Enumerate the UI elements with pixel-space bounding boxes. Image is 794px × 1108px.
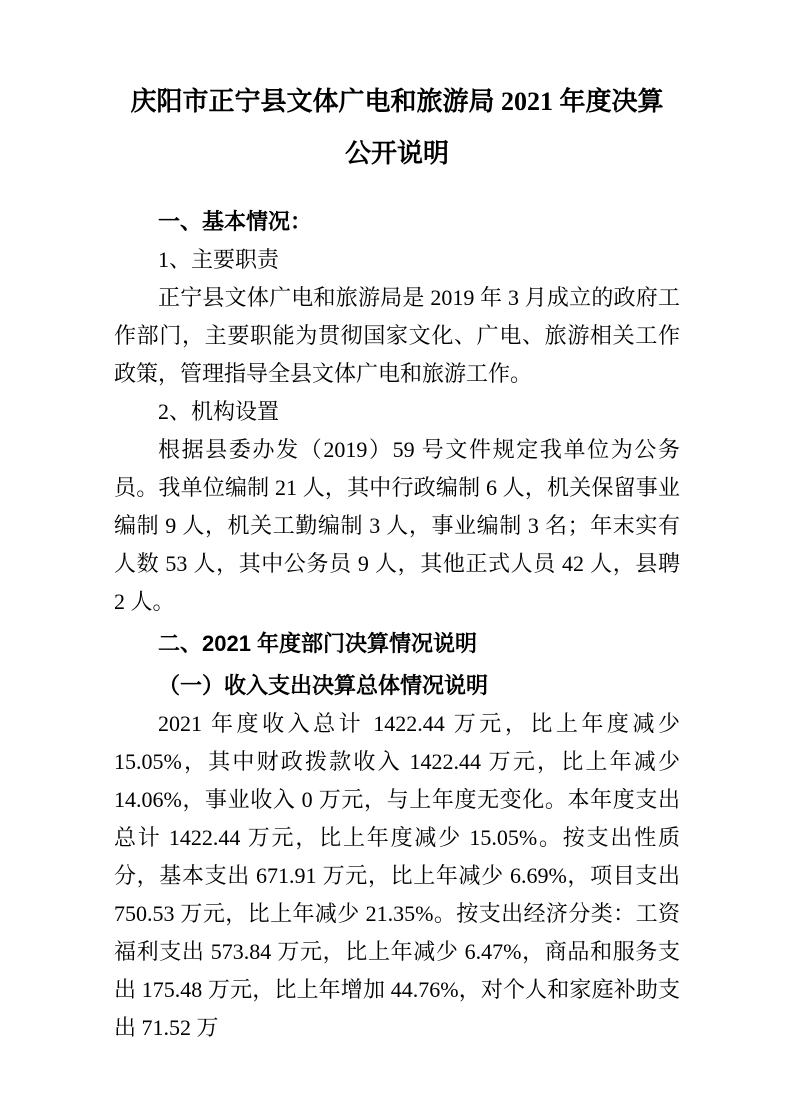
document-title-line2: 公开说明 xyxy=(114,128,680,180)
para-org-setup-label: 2、机构设置 xyxy=(114,393,680,431)
heading-2021-final-accounts: 二、2021 年度部门决算情况说明 xyxy=(114,625,680,663)
document-title: 庆阳市正宁县文体广电和旅游局 2021 年度决算 公开说明 xyxy=(114,76,680,180)
para-org-setup: 根据县委办发（2019）59 号文件规定我单位为公务员。我单位编制 21 人，其… xyxy=(114,431,680,621)
heading-basic-situation: 一、基本情况： xyxy=(114,203,680,241)
heading-income-expenditure-overview: （一）收入支出决算总体情况说明 xyxy=(114,667,680,705)
para-main-duties-label: 1、主要职责 xyxy=(114,241,680,279)
document-title-line1: 庆阳市正宁县文体广电和旅游局 2021 年度决算 xyxy=(114,76,680,128)
document-page: 庆阳市正宁县文体广电和旅游局 2021 年度决算 公开说明 一、基本情况： 1、… xyxy=(0,0,794,1108)
para-main-duties: 正宁县文体广电和旅游局是 2019 年 3 月成立的政府工作部门，主要职能为贯彻… xyxy=(114,279,680,393)
document-body: 一、基本情况： 1、主要职责 正宁县文体广电和旅游局是 2019 年 3 月成立… xyxy=(114,203,680,1047)
para-income-expenditure-overview: 2021 年度收入总计 1422.44 万元，比上年度减少 15.05%，其中财… xyxy=(114,705,680,1047)
